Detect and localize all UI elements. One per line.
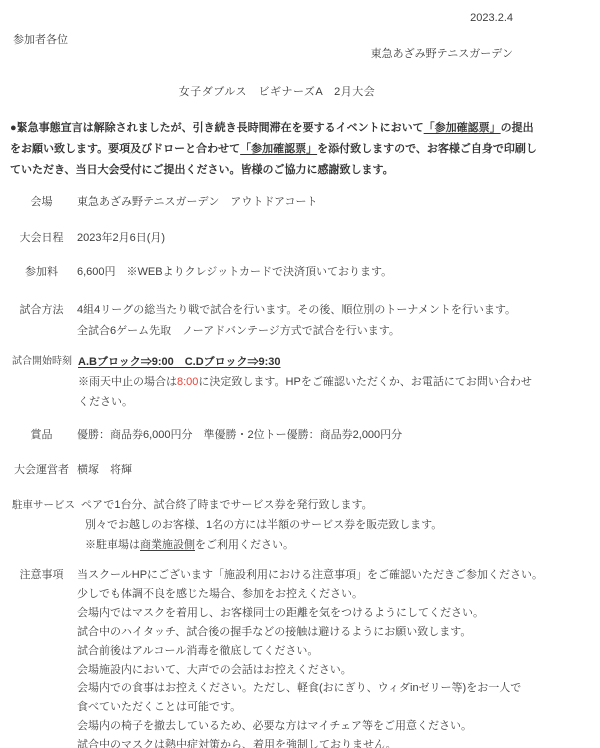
caution-line: 会場内の椅子を撤去しているため、必要な方はマイチェア等をご用意ください。 xyxy=(77,717,543,736)
rain-cancel-line: ※雨天中止の場合は8:00に決定致します。HPをご確認いただくか、お電話にてお問… xyxy=(78,372,532,392)
notice-line-1: ●緊急事態宣言は解除されましたが、引き続き長時間滞在を要するイベントにおいて「参… xyxy=(10,118,590,139)
detail-row-organizer: 大会運営者 横塚 将輝 xyxy=(0,463,600,477)
parking-line-1: ペアで1台分、試合終了時までサービス券を発行致します。 xyxy=(81,496,442,516)
recipient-line: 参加者各位 xyxy=(13,34,68,47)
notice-line-2: をお願い致します。要項及びドローと合わせて「参加確認票」を添付致しますので、お客… xyxy=(10,139,590,160)
row-label-format: 試合方法 xyxy=(12,300,71,321)
format-line-1: 4組4リーグの総当たり戦で試合を行います。その後、順位別のトーナメントを行います… xyxy=(77,300,516,321)
detail-row-start-time: 試合開始時刻 A.Bブロック⇒9:00 C.Dブロック⇒9:30 ※雨天中止の場… xyxy=(0,352,600,412)
rain-cancel-line-2: ください。 xyxy=(78,392,532,412)
document-page: 2023.2.4 参加者各位 東急あざみ野テニスガーデン 女子ダブルス ビギナー… xyxy=(0,0,600,748)
row-label-parking: 駐車サービス xyxy=(12,496,75,516)
row-value-date: 2023年2月6日(月) xyxy=(77,231,165,245)
caution-line: 少しでも体調不良を感じた場合、参加をお控えください。 xyxy=(77,585,543,604)
row-value-parking: ペアで1台分、試合終了時までサービス券を発行致します。 別々でお越しのお客様、1… xyxy=(81,496,442,555)
row-value-prize: 優勝：商品券6,000円分 準優勝・2位トー優勝：商品券2,000円分 xyxy=(77,428,402,442)
tournament-title: 女子ダブルス ビギナーズA 2月大会 xyxy=(0,85,554,99)
start-time-schedule: A.Bブロック⇒9:00 C.Dブロック⇒9:30 xyxy=(78,352,532,372)
row-label-cautions: 注意事項 xyxy=(12,566,71,585)
caution-line: 試合中のハイタッチ、試合後の握手などの接触は避けるようにお願い致します。 xyxy=(77,623,543,642)
detail-row-cautions: 注意事項 当スクールHPにございます「施設利用における注意事項」をご確認いただき… xyxy=(0,566,600,748)
row-value-start-time: A.Bブロック⇒9:00 C.Dブロック⇒9:30 ※雨天中止の場合は8:00に… xyxy=(78,352,532,412)
row-label-venue: 会場 xyxy=(12,195,71,209)
row-value-format: 4組4リーグの総当たり戦で試合を行います。その後、順位別のトーナメントを行います… xyxy=(77,300,516,342)
caution-line: 会場施設内において、大声での会話はお控えください。 xyxy=(77,661,543,680)
detail-row-parking: 駐車サービス ペアで1台分、試合終了時までサービス券を発行致します。 別々でお越… xyxy=(0,496,600,555)
caution-line: 試合中のマスクは熱中症対策から、着用を強制しておりません。 xyxy=(77,736,543,748)
format-line-2: 全試合6ゲーム先取 ノーアドバンテージ方式で試合を行います。 xyxy=(77,321,516,342)
detail-row-date: 大会日程 2023年2月6日(月) xyxy=(0,231,600,245)
row-label-start-time: 試合開始時刻 xyxy=(12,352,72,372)
row-value-organizer: 横塚 将輝 xyxy=(77,463,132,477)
underlined-confirmation-slip: 「参加確認票」 xyxy=(424,122,501,134)
detail-row-fee: 参加料 6,600円 ※WEBよりクレジットカードで決済頂いております。 xyxy=(0,265,600,279)
detail-row-prize: 賞品 優勝：商品券6,000円分 準優勝・2位トー優勝：商品券2,000円分 xyxy=(0,428,600,442)
caution-line: 試合前後はアルコール消毒を徹底してください。 xyxy=(77,642,543,661)
parking-line-3: ※駐車場は商業施設側をご利用ください。 xyxy=(81,536,442,556)
notice-paragraph: ●緊急事態宣言は解除されましたが、引き続き長時間滞在を要するイベントにおいて「参… xyxy=(10,118,590,180)
row-value-cautions: 当スクールHPにございます「施設利用における注意事項」をご確認いただきご参加くだ… xyxy=(77,566,543,748)
row-value-fee: 6,600円 ※WEBよりクレジットカードで決済頂いております。 xyxy=(77,265,392,279)
caution-line: 食べていただくことは可能です。 xyxy=(77,698,543,717)
row-label-organizer: 大会運営者 xyxy=(12,463,71,477)
row-label-date: 大会日程 xyxy=(12,231,71,245)
row-value-venue: 東急あざみ野テニスガーデン アウトドアコート xyxy=(77,195,317,209)
parking-line-2: 別々でお越しのお客様、1名の方には半額のサービス券を販売致します。 xyxy=(81,516,442,536)
detail-row-format: 試合方法 4組4リーグの総当たり戦で試合を行います。その後、順位別のトーナメント… xyxy=(0,300,600,342)
row-label-prize: 賞品 xyxy=(12,428,71,442)
underlined-confirmation-slip: 「参加確認票」 xyxy=(240,143,317,155)
caution-line: 当スクールHPにございます「施設利用における注意事項」をご確認いただきご参加くだ… xyxy=(77,566,543,585)
caution-line: 会場内ではマスクを着用し、お客様同士の距離を気をつけるようにしてください。 xyxy=(77,604,543,623)
caution-line: 会場内での食事はお控えください。ただし、軽食(おにぎり、ウィダinゼリー等)をお… xyxy=(77,679,543,698)
rain-decision-time: 8:00 xyxy=(177,376,198,388)
document-date: 2023.2.4 xyxy=(0,12,513,25)
row-label-fee: 参加料 xyxy=(12,265,71,279)
organization-name: 東急あざみ野テニスガーデン xyxy=(0,48,513,61)
notice-line-3: ていただき、当日大会受付にご提出ください。皆様のご協力に感謝致します。 xyxy=(10,160,590,181)
underlined-commercial-facility: 商業施設側 xyxy=(140,539,195,551)
detail-row-venue: 会場 東急あざみ野テニスガーデン アウトドアコート xyxy=(0,195,600,209)
